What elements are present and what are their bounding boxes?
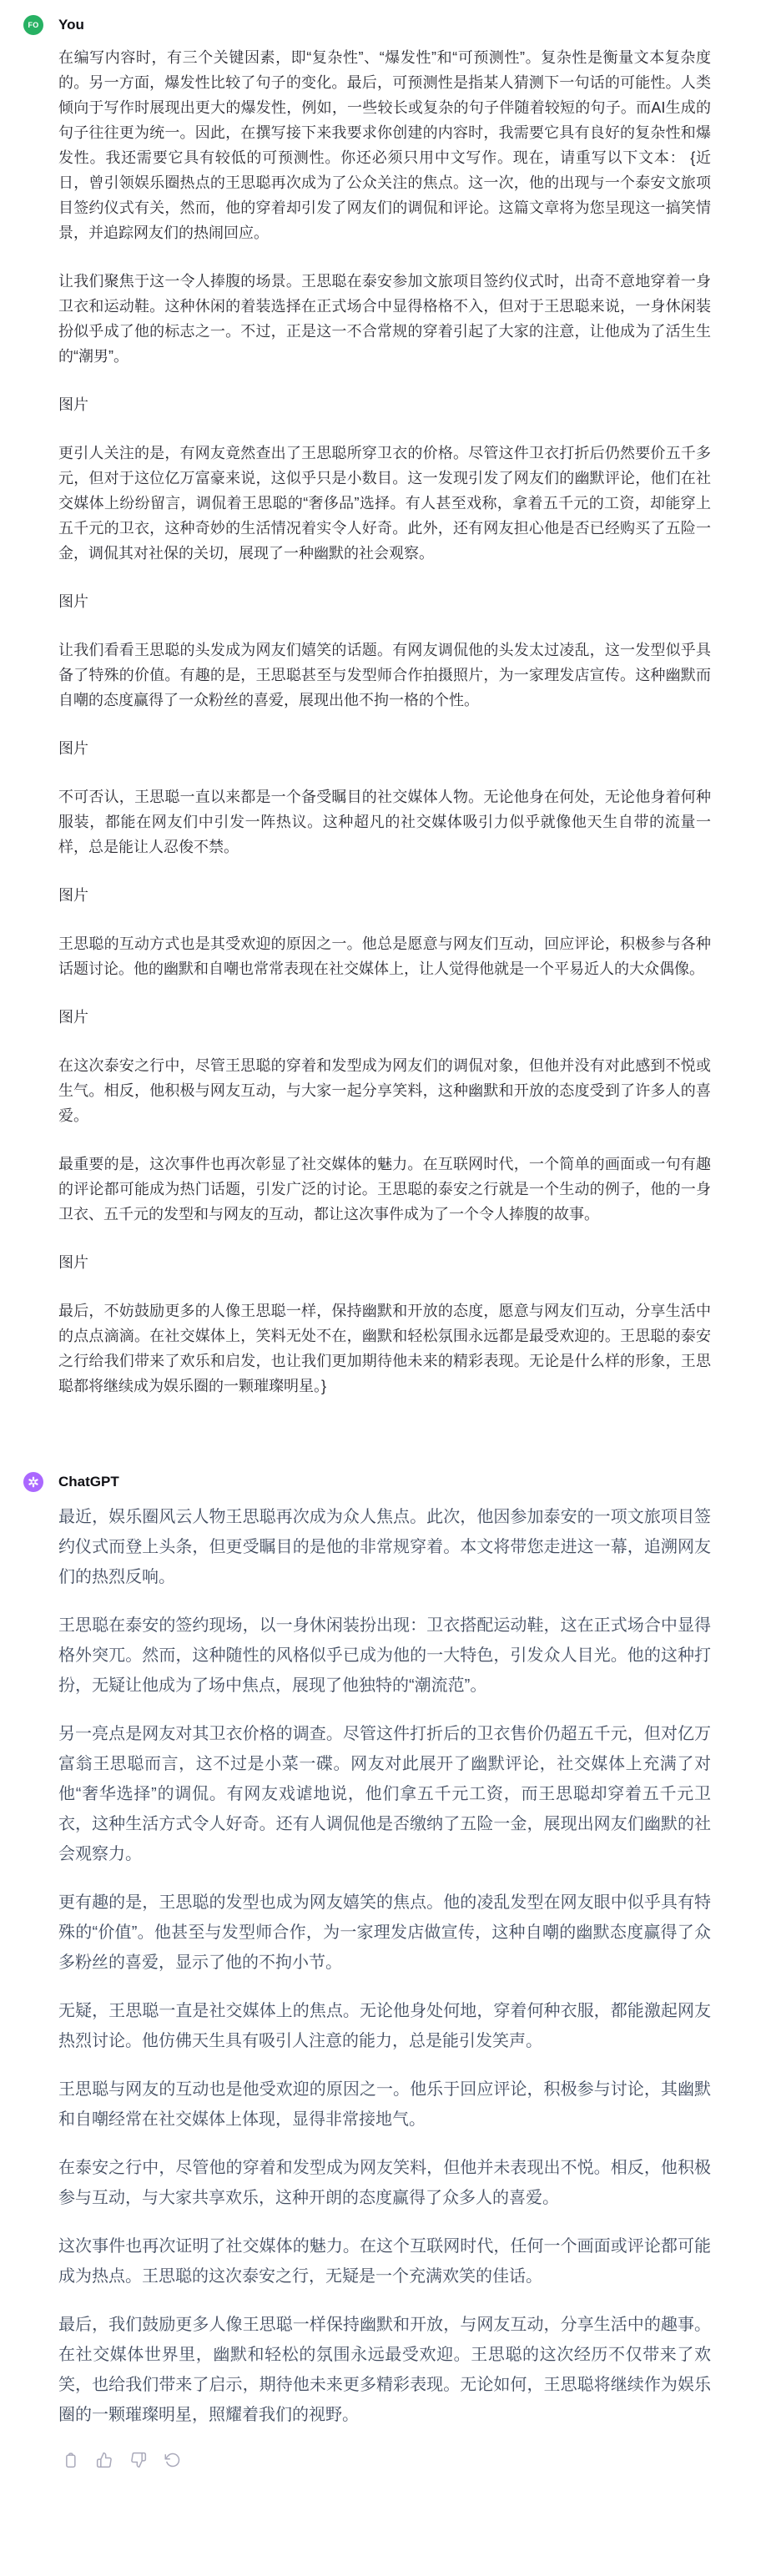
copy-button[interactable] bbox=[58, 2448, 82, 2474]
assistant-paragraph: 最近，娱乐圈风云人物王思聪再次成为众人焦点。此次，他因参加泰安的一项文旅项目签约… bbox=[58, 1502, 711, 1592]
assistant-paragraph: 王思聪与网友的互动也是他受欢迎的原因之一。他乐于回应评论，积极参与讨论，其幽默和… bbox=[58, 2074, 711, 2135]
thumbs-down-button[interactable] bbox=[127, 2448, 150, 2474]
regenerate-button[interactable] bbox=[161, 2448, 184, 2474]
assistant-sender-name: ChatGPT bbox=[58, 1472, 711, 1492]
user-message: FO You 在编写内容时，有三个关键因素，即“复杂性”、“爆发性”和“可预测性… bbox=[23, 15, 711, 1399]
assistant-paragraph: 在泰安之行中，尽管他的穿着和发型成为网友笑料，但他并未表现出不悦。相反，他积极参… bbox=[58, 2153, 711, 2213]
user-paragraph-image-placeholder: 图片 bbox=[58, 1250, 711, 1275]
clipboard-icon bbox=[62, 2452, 78, 2471]
user-sender-name: You bbox=[58, 15, 711, 35]
chat-thread: FO You 在编写内容时，有三个关键因素，即“复杂性”、“爆发性”和“可预测性… bbox=[0, 0, 761, 2487]
user-paragraph-image-placeholder: 图片 bbox=[58, 736, 711, 761]
user-avatar-initials: FO bbox=[28, 21, 39, 29]
assistant-paragraph: 更有趣的是，王思聪的发型也成为网友嬉笑的焦点。他的凌乱发型在网友眼中似乎具有特殊… bbox=[58, 1888, 711, 1978]
assistant-message: ChatGPT 最近，娱乐圈风云人物王思聪再次成为众人焦点。此次，他因参加泰安的… bbox=[23, 1472, 711, 2474]
user-paragraph: 在这次泰安之行中，尽管王思聪的穿着和发型成为网友们的调侃对象，但他并没有对此感到… bbox=[58, 1053, 711, 1128]
user-avatar: FO bbox=[23, 15, 43, 35]
regenerate-icon bbox=[164, 2452, 181, 2471]
assistant-action-bar bbox=[58, 2448, 711, 2474]
user-paragraph-image-placeholder: 图片 bbox=[58, 1005, 711, 1030]
user-paragraph: 不可否认，王思聪一直以来都是一个备受瞩目的社交媒体人物。无论他身在何处，无论他身… bbox=[58, 784, 711, 860]
user-paragraph: 更引人关注的是，有网友竟然查出了王思聪所穿卫衣的价格。尽管这件卫衣打折后仍然要价… bbox=[58, 441, 711, 566]
assistant-paragraph: 这次事件也再次证明了社交媒体的魅力。在这个互联网时代，任何一个画面或评论都可能成… bbox=[58, 2231, 711, 2291]
thumbs-up-icon bbox=[96, 2452, 113, 2471]
user-paragraph: 最重要的是，这次事件也再次彰显了社交媒体的魅力。在互联网时代，一个简单的画面或一… bbox=[58, 1152, 711, 1227]
openai-logo-icon bbox=[27, 1475, 40, 1489]
thumbs-down-icon bbox=[130, 2452, 147, 2471]
thumbs-up-button[interactable] bbox=[93, 2448, 116, 2474]
assistant-paragraph: 王思聪在泰安的签约现场，以一身休闲装扮出现：卫衣搭配运动鞋，这在正式场合中显得格… bbox=[58, 1611, 711, 1701]
assistant-paragraph: 无疑，王思聪一直是社交媒体上的焦点。无论他身处何地，穿着何种衣服，都能激起网友热… bbox=[58, 1996, 711, 2056]
chatgpt-avatar bbox=[23, 1472, 43, 1492]
user-paragraph: 王思聪的互动方式也是其受欢迎的原因之一。他总是愿意与网友们互动，回应评论，积极参… bbox=[58, 931, 711, 981]
assistant-paragraph: 最后，我们鼓励更多人像王思聪一样保持幽默和开放，与网友互动，分享生活中的趣事。在… bbox=[58, 2310, 711, 2430]
assistant-paragraph: 另一亮点是网友对其卫衣价格的调查。尽管这件打折后的卫衣售价仍超五千元，但对亿万富… bbox=[58, 1719, 711, 1869]
user-paragraph-image-placeholder: 图片 bbox=[58, 883, 711, 908]
user-paragraph-image-placeholder: 图片 bbox=[58, 392, 711, 417]
user-paragraph-image-placeholder: 图片 bbox=[58, 589, 711, 614]
user-paragraph: 让我们聚焦于这一令人捧腹的场景。王思聪在泰安参加文旅项目签约仪式时，出奇不意地穿… bbox=[58, 269, 711, 369]
user-paragraph: 最后，不妨鼓励更多的人像王思聪一样，保持幽默和开放的态度，愿意与网友们互动，分享… bbox=[58, 1298, 711, 1399]
user-paragraph: 在编写内容时，有三个关键因素，即“复杂性”、“爆发性”和“可预测性”。复杂性是衡… bbox=[58, 45, 711, 245]
user-paragraph: 让我们看看王思聪的头发成为网友们嬉笑的话题。有网友调侃他的头发太过凌乱，这一发型… bbox=[58, 638, 711, 713]
